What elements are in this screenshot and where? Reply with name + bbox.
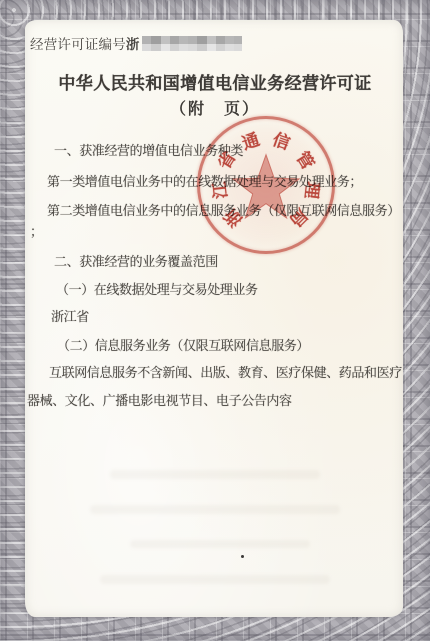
certificate-title: 中华人民共和国增值电信业务经营许可证: [0, 69, 430, 94]
ink-speck: [241, 555, 244, 558]
seal-character: 江: [205, 181, 232, 201]
redaction-mosaic: [142, 36, 242, 51]
bleed-through-artifact: [90, 505, 340, 514]
certificate-scan: { "document": { "license_no_label": "经营许…: [0, 0, 430, 641]
license-number-prefix: 浙: [126, 37, 140, 52]
seal-character: 理: [300, 181, 327, 201]
section2-heading: 二、获准经营的业务覆盖范围: [54, 251, 218, 270]
certificate-subtitle: （附 页）: [0, 96, 430, 119]
bleed-through-artifact: [130, 540, 310, 548]
section2-note-line1: 互联网信息服务不含新闻、出版、教育、医疗保健、药品和医疗: [49, 362, 402, 381]
section2-item2: （二）信息服务业务（仅限互联网信息服务）: [57, 335, 309, 354]
license-number-row: 经营许可证编号浙: [30, 33, 242, 53]
section2-item1-scope: 浙江省: [51, 306, 89, 325]
section2-note-line2: 器械、文化、广播电影电视节目、电子公告内容: [27, 390, 292, 409]
bleed-through-artifact: [100, 575, 330, 584]
official-red-seal: 浙江省通信管理局: [197, 116, 335, 254]
section2-item1: （一）在线数据处理与交易处理业务: [56, 279, 258, 298]
section1-line3-wrap-punctuation: ；: [30, 221, 43, 240]
bleed-through-artifact: [110, 470, 320, 479]
license-number-label: 经营许可证编号: [30, 37, 126, 52]
